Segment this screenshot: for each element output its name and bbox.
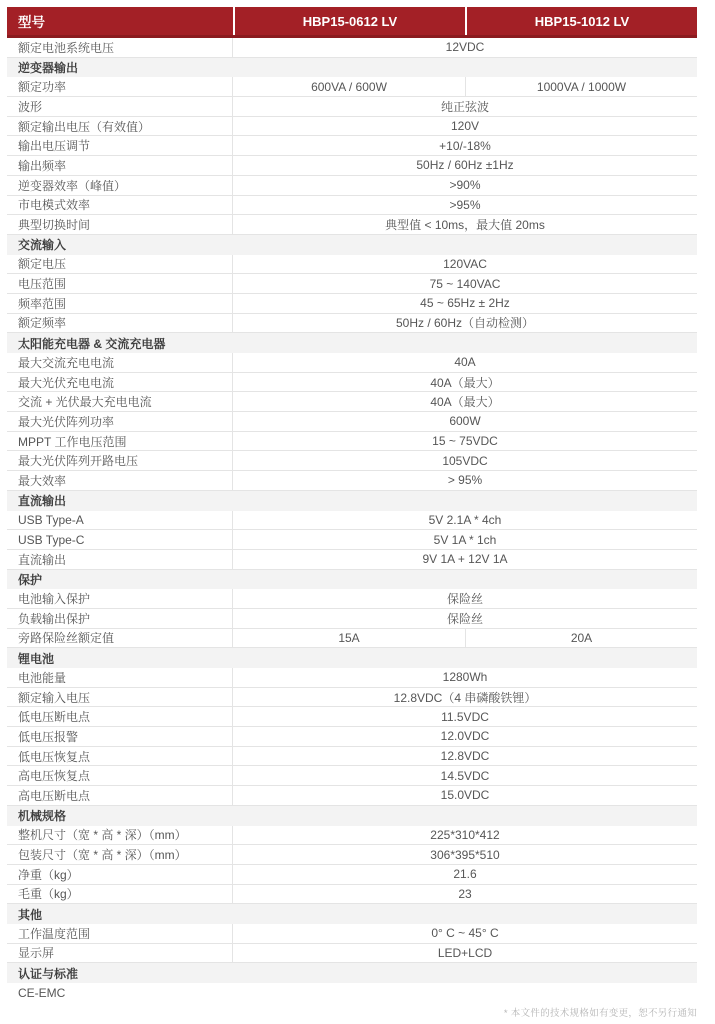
spec-row: 最大光伏阵列开路电压105VDC [7,451,697,471]
spec-value: 典型值 < 10ms，最大值 20ms [233,215,697,234]
spec-row: 额定电池系统电压12VDC [7,38,697,58]
spec-table-body: 额定电池系统电压12VDC逆变器输出额定功率600VA / 600W1000VA… [7,38,697,1003]
spec-row: 显示屏LED+LCD [7,944,697,964]
spec-value-model2: 20A [465,629,697,648]
spec-value: 600W [233,412,697,431]
spec-label: 交流 + 光伏最大充电电流 [7,392,233,411]
spec-value: 23 [233,885,697,904]
spec-label: 直流输出 [7,550,233,569]
header-model-1: HBP15-0612 LV [233,7,465,35]
spec-value: 40A [233,353,697,372]
spec-label: 显示屏 [7,944,233,963]
spec-value: 12.8VDC [233,747,697,766]
spec-value: 45 ~ 65Hz ± 2Hz [233,294,697,313]
spec-label: 净重（kg） [7,865,233,884]
spec-row: 包装尺寸（宽 * 高 * 深）（mm）306*395*510 [7,845,697,865]
spec-row: 净重（kg）21.6 [7,865,697,885]
section-title: 直流输出 [18,492,66,509]
spec-row: 最大光伏阵列功率600W [7,412,697,432]
spec-label: 输出频率 [7,156,233,175]
spec-row: 额定输入电压12.8VDC（4 串磷酸铁锂） [7,688,697,708]
spec-row: 逆变器效率（峰值）>90% [7,176,697,196]
spec-value: 40A（最大） [233,373,697,392]
section-row: 交流输入 [7,235,697,255]
spec-value: > 95% [233,471,697,490]
section-row: 逆变器输出 [7,58,697,78]
spec-value: >90% [233,176,697,195]
spec-value-model1: 600VA / 600W [233,77,465,96]
spec-label: 输出电压调节 [7,136,233,155]
spec-value: 12.0VDC [233,727,697,746]
spec-value: 12VDC [233,38,697,57]
spec-row: 频率范围45 ~ 65Hz ± 2Hz [7,294,697,314]
spec-label: 额定电池系统电压 [7,38,233,57]
spec-row: 市电模式效率>95% [7,196,697,216]
spec-label: 波形 [7,97,233,116]
spec-row: 整机尺寸（宽 * 高 * 深）（mm）225*310*412 [7,826,697,846]
spec-value: 21.6 [233,865,697,884]
spec-label: 低电压恢复点 [7,747,233,766]
section-row: 太阳能充电器 & 交流充电器 [7,333,697,353]
section-title: 其他 [18,906,42,923]
spec-value: 75 ~ 140VAC [233,274,697,293]
spec-label: 高电压恢复点 [7,766,233,785]
spec-row: 低电压恢复点12.8VDC [7,747,697,767]
spec-row: USB Type-C5V 1A * 1ch [7,530,697,550]
spec-row: 最大效率> 95% [7,471,697,491]
spec-value: 纯正弦波 [233,97,697,116]
spec-value: 15.0VDC [233,786,697,805]
spec-value: +10/-18% [233,136,697,155]
spec-row-label-only: CE-EMC [7,983,697,1003]
spec-row-dual: 额定功率600VA / 600W1000VA / 1000W [7,77,697,97]
section-title: 锂电池 [18,650,54,667]
spec-value: 50Hz / 60Hz（自动检测） [233,314,697,333]
spec-label: 市电模式效率 [7,196,233,215]
spec-row: MPPT 工作电压范围15 ~ 75VDC [7,432,697,452]
spec-row: USB Type-A5V 2.1A * 4ch [7,511,697,531]
section-row: 直流输出 [7,491,697,511]
spec-label: CE-EMC [7,983,233,1003]
spec-row: 低电压断电点11.5VDC [7,707,697,727]
spec-label: 典型切换时间 [7,215,233,234]
spec-row-dual: 旁路保险丝额定值15A20A [7,629,697,649]
spec-row: 高电压断电点15.0VDC [7,786,697,806]
spec-row: 电池能量1280Wh [7,668,697,688]
spec-label: 毛重（kg） [7,885,233,904]
spec-value: 保险丝 [233,589,697,608]
spec-row: 最大交流充电电流40A [7,353,697,373]
spec-label: 旁路保险丝额定值 [7,629,233,648]
spec-label: 额定功率 [7,77,233,96]
spec-value: 0° C ~ 45° C [233,924,697,943]
spec-label: USB Type-C [7,530,233,549]
spec-label: 电池能量 [7,668,233,687]
spec-row: 波形纯正弦波 [7,97,697,117]
section-title: 机械规格 [18,807,66,824]
spec-label: 额定电压 [7,255,233,274]
spec-value: 14.5VDC [233,766,697,785]
spec-label: 低电压断电点 [7,707,233,726]
section-row: 其他 [7,904,697,924]
spec-label: 最大交流充电电流 [7,353,233,372]
spec-row: 毛重（kg）23 [7,885,697,905]
spec-table: 型号 HBP15-0612 LV HBP15-1012 LV 额定电池系统电压1… [7,7,697,1003]
section-row: 机械规格 [7,806,697,826]
spec-label: USB Type-A [7,511,233,530]
spec-label: 工作温度范围 [7,924,233,943]
spec-label: 负载输出保护 [7,609,233,628]
spec-value: 9V 1A + 12V 1A [233,550,697,569]
spec-label: 最大光伏充电电流 [7,373,233,392]
spec-row: 低电压报警12.0VDC [7,727,697,747]
section-title: 认证与标准 [18,965,78,982]
spec-row: 工作温度范围0° C ~ 45° C [7,924,697,944]
spec-label: 频率范围 [7,294,233,313]
spec-row: 额定输出电压（有效值）120V [7,117,697,137]
spec-value: 11.5VDC [233,707,697,726]
spec-row: 电压范围75 ~ 140VAC [7,274,697,294]
spec-row: 最大光伏充电电流40A（最大） [7,373,697,393]
spec-value-model1: 15A [233,629,465,648]
spec-row: 典型切换时间典型值 < 10ms，最大值 20ms [7,215,697,235]
spec-value: 225*310*412 [233,826,697,845]
section-title: 逆变器输出 [18,59,78,76]
spec-row: 输出频率50Hz / 60Hz ±1Hz [7,156,697,176]
spec-label: 逆变器效率（峰值） [7,176,233,195]
spec-row: 额定电压120VAC [7,255,697,275]
spec-value: 120VAC [233,255,697,274]
spec-row: 电池输入保护保险丝 [7,589,697,609]
footer-disclaimer: * 本文件的技术规格如有变更，恕不另行通知 [504,1005,697,1019]
spec-value: 306*395*510 [233,845,697,864]
spec-value: 1280Wh [233,668,697,687]
spec-value-model2: 1000VA / 1000W [465,77,697,96]
section-title: 太阳能充电器 & 交流充电器 [18,335,165,352]
spec-value: 5V 2.1A * 4ch [233,511,697,530]
spec-row: 直流输出9V 1A + 12V 1A [7,550,697,570]
section-row: 认证与标准 [7,963,697,983]
spec-label: 低电压报警 [7,727,233,746]
spec-value: LED+LCD [233,944,697,963]
spec-label: 额定频率 [7,314,233,333]
spec-sheet-page: 型号 HBP15-0612 LV HBP15-1012 LV 额定电池系统电压1… [0,0,715,1024]
spec-value: 50Hz / 60Hz ±1Hz [233,156,697,175]
spec-row: 负载输出保护保险丝 [7,609,697,629]
spec-value: 120V [233,117,697,136]
spec-value: >95% [233,196,697,215]
spec-value: 15 ~ 75VDC [233,432,697,451]
spec-value: 40A（最大） [233,392,697,411]
section-row: 保护 [7,570,697,590]
spec-value: 105VDC [233,451,697,470]
spec-label: 最大光伏阵列开路电压 [7,451,233,470]
spec-label: 额定输出电压（有效值） [7,117,233,136]
spec-row: 交流 + 光伏最大充电电流40A（最大） [7,392,697,412]
spec-label: 高电压断电点 [7,786,233,805]
header-model-column-title: 型号 [7,7,233,35]
spec-label: 最大效率 [7,471,233,490]
spec-row: 高电压恢复点14.5VDC [7,766,697,786]
spec-value: 12.8VDC（4 串磷酸铁锂） [233,688,697,707]
spec-label: 电池输入保护 [7,589,233,608]
spec-row: 输出电压调节+10/-18% [7,136,697,156]
spec-value: 5V 1A * 1ch [233,530,697,549]
section-row: 锂电池 [7,648,697,668]
spec-label: 额定输入电压 [7,688,233,707]
spec-label: 包装尺寸（宽 * 高 * 深）（mm） [7,845,233,864]
spec-label: 最大光伏阵列功率 [7,412,233,431]
spec-label: 电压范围 [7,274,233,293]
spec-label: MPPT 工作电压范围 [7,432,233,451]
table-header-row: 型号 HBP15-0612 LV HBP15-1012 LV [7,7,697,38]
header-model-2: HBP15-1012 LV [465,7,697,35]
section-title: 交流输入 [18,236,66,253]
section-title: 保护 [18,571,42,588]
spec-label: 整机尺寸（宽 * 高 * 深）（mm） [7,826,233,845]
spec-value: 保险丝 [233,609,697,628]
spec-row: 额定频率50Hz / 60Hz（自动检测） [7,314,697,334]
